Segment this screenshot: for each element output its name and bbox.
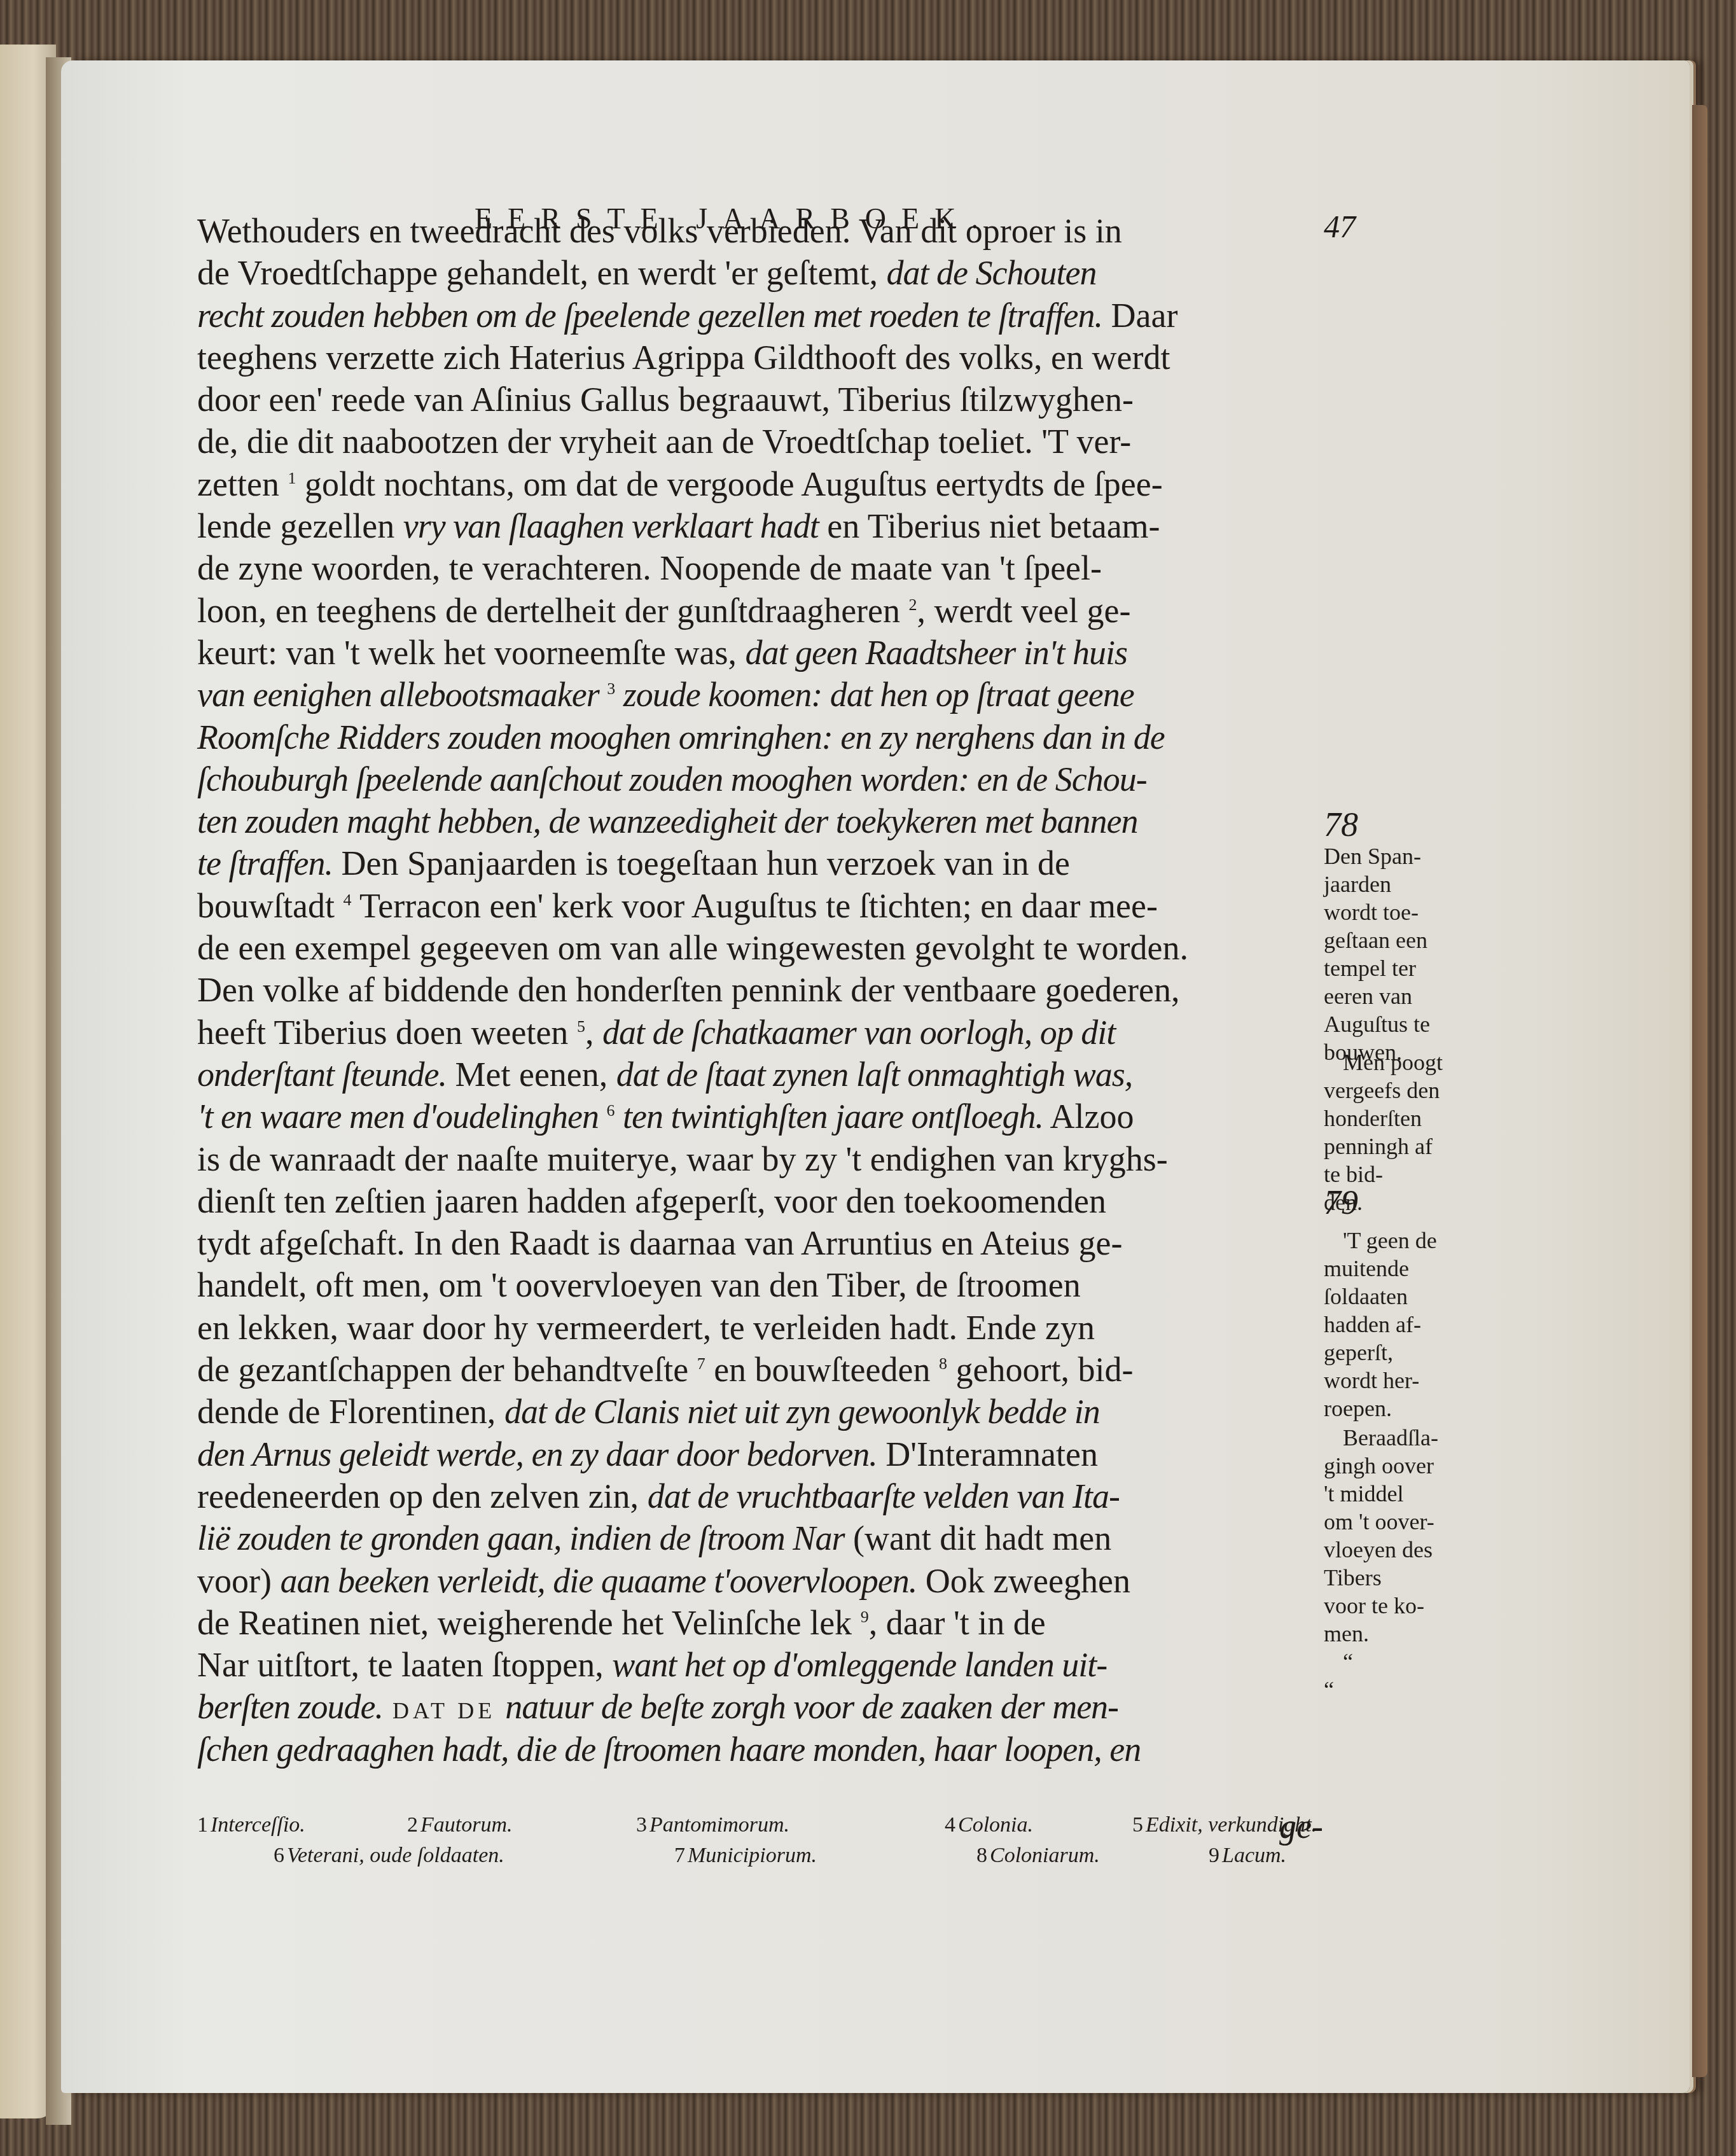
text-line: onderſtant ſteunde. Met eenen, dat de ſt… bbox=[197, 1054, 1323, 1095]
text-run: berſten zoude. bbox=[197, 1688, 383, 1726]
text-line: heeft Tiberius doen weeten 5, dat de ſch… bbox=[197, 1012, 1323, 1054]
footnote-number: 7 bbox=[674, 1844, 685, 1867]
text-run: en bouwſteeden bbox=[705, 1351, 939, 1389]
text-line: teeghens verzette zich Haterius Agrippa … bbox=[197, 337, 1323, 379]
text-run: lië zouden te gronden gaan, indien de ſt… bbox=[197, 1519, 844, 1557]
text-run: (want dit hadt men bbox=[844, 1519, 1111, 1557]
text-run: en lekken, waar door hy vermeerdert, te … bbox=[197, 1309, 1095, 1347]
text-run: dat geen Raadtsheer in't huis bbox=[745, 634, 1127, 672]
footnote: 7Municipiorum. bbox=[674, 1844, 817, 1868]
footnote-marker: 4 bbox=[343, 891, 351, 909]
text-line: de zyne woorden, te verachteren. Noopend… bbox=[197, 547, 1323, 589]
margin-note-line: honderſten bbox=[1324, 1104, 1476, 1132]
text-run: D'Interamnaten bbox=[877, 1435, 1098, 1473]
footnote-text: Edixit, verkundight. bbox=[1146, 1813, 1317, 1837]
text-run: recht zouden hebben om de ſpeelende geze… bbox=[197, 296, 1102, 335]
margin-note-line: Den Span- bbox=[1324, 842, 1476, 870]
footnote-text: Fautorum. bbox=[420, 1813, 513, 1837]
footnote-number: 5 bbox=[1132, 1813, 1143, 1837]
margin-note-line: geperſt, bbox=[1324, 1339, 1476, 1367]
text-run: onderſtant ſteunde. bbox=[197, 1055, 447, 1094]
text-run: van eenighen allebootsmaaker bbox=[197, 676, 607, 714]
text-line: lië zouden te gronden gaan, indien de ſt… bbox=[197, 1517, 1323, 1559]
text-run: Den Spanjaarden is toegeſtaan hun verzoe… bbox=[333, 844, 1070, 882]
margin-note-line: gingh oover bbox=[1324, 1452, 1476, 1480]
footnote: 3Pantomimorum. bbox=[636, 1813, 789, 1837]
text-line: de Reatinen niet, weigherende het Velinſ… bbox=[197, 1602, 1323, 1644]
footnote: 2Fautorum. bbox=[407, 1813, 513, 1837]
text-line: 't en waare men d'oudelinghen 6 ten twin… bbox=[197, 1095, 1323, 1137]
margin-note-line: voor te ko- bbox=[1324, 1592, 1476, 1620]
text-run: , bbox=[585, 1013, 602, 1052]
text-run: de, die dit naabootzen der vryheit aan d… bbox=[197, 422, 1131, 461]
footnote-row: 6Veterani, oude ſoldaaten.7Municipiorum.… bbox=[197, 1844, 1406, 1874]
text-run: dat de Schouten bbox=[887, 254, 1097, 292]
margin-note-line: muitende bbox=[1324, 1255, 1476, 1283]
footnote-marker: 5 bbox=[577, 1017, 585, 1036]
margin-note-line: ſoldaaten bbox=[1324, 1283, 1476, 1311]
text-line: bouwſtadt 4 Terracon een' kerk voor Augu… bbox=[197, 885, 1323, 927]
text-run: Alzoo bbox=[1043, 1097, 1134, 1136]
text-line: Roomſche Ridders zouden mooghen omringhe… bbox=[197, 716, 1323, 758]
footnote-text: Pantomimorum. bbox=[649, 1813, 789, 1837]
text-line: de een exempel gegeeven om van alle wing… bbox=[197, 927, 1323, 969]
text-run: dende de Florentinen, bbox=[197, 1393, 504, 1431]
text-run: lende gezellen bbox=[197, 507, 403, 545]
text-line: Wethouders en tweedracht des volks verbi… bbox=[197, 210, 1323, 252]
text-line: ten zouden maght hebben, de wanzeedighei… bbox=[197, 800, 1323, 842]
footnote-text: Interceſſio. bbox=[211, 1813, 305, 1837]
text-run: Terracon een' kerk voor Auguſtus te ſtic… bbox=[351, 887, 1157, 925]
footnote-number: 2 bbox=[407, 1813, 418, 1837]
margin-note-line: wordt toe- bbox=[1324, 898, 1476, 926]
text-run: 't en waare men d'oudelinghen bbox=[197, 1097, 606, 1136]
text-run: loon, en teeghens de dertelheit der gunſ… bbox=[197, 592, 909, 630]
text-run: dat de ſchatkaamer van oorlogh, op dit bbox=[602, 1013, 1115, 1052]
text-line: ſchen gedraaghen hadt, die de ſtroomen h… bbox=[197, 1728, 1323, 1770]
text-run: tydt afgeſchaft. In den Raadt is daarnaa… bbox=[197, 1224, 1123, 1262]
text-run: den Arnus geleidt werde, en zy daar door… bbox=[197, 1435, 877, 1473]
text-line: van eenighen allebootsmaaker 3 zoude koo… bbox=[197, 674, 1323, 716]
text-line: te ſtraffen. Den Spanjaarden is toegeſta… bbox=[197, 842, 1323, 884]
text-run: de een exempel gegeeven om van alle wing… bbox=[197, 929, 1188, 967]
text-line: loon, en teeghens de dertelheit der gunſ… bbox=[197, 590, 1323, 632]
margin-note-line: 't middel bbox=[1324, 1480, 1476, 1508]
text-run: Ook zweeghen bbox=[917, 1562, 1130, 1600]
footnote: 8Coloniarum. bbox=[976, 1844, 1100, 1868]
footnote-number: 8 bbox=[976, 1844, 987, 1867]
text-run: , daar 't in de bbox=[869, 1604, 1046, 1642]
text-run: ten twintighſten jaare ontſloegh. bbox=[615, 1097, 1043, 1136]
margin-note: ““ bbox=[1324, 1648, 1476, 1704]
margin-note-line: Beraadſla- bbox=[1324, 1424, 1476, 1452]
text-line: Den volke af biddende den honderſten pen… bbox=[197, 969, 1323, 1011]
text-run: ten zouden maght hebben, de wanzeedighei… bbox=[197, 802, 1138, 840]
text-run: dat de ſtaat zynen laſt onmaghtigh was, bbox=[616, 1055, 1132, 1094]
text-run: goldt nochtans, om dat de vergoode Auguſ… bbox=[296, 465, 1162, 503]
footnote-marker: 8 bbox=[939, 1354, 947, 1373]
text-run: handelt, oft men, om 't oovervloeyen van… bbox=[197, 1266, 1081, 1304]
footnote: 6Veterani, oude ſoldaaten. bbox=[274, 1844, 504, 1868]
text-run: de zyne woorden, te verachteren. Noopend… bbox=[197, 549, 1102, 587]
text-line: reedeneerden op den zelven zin, dat de v… bbox=[197, 1475, 1323, 1517]
footnote: 1Interceſſio. bbox=[197, 1813, 305, 1837]
footnote-text: Municipiorum. bbox=[688, 1844, 817, 1867]
footnote: 4Colonia. bbox=[945, 1813, 1033, 1837]
text-run: Nar uitſtort, te laaten ſtoppen, bbox=[197, 1646, 612, 1684]
footnote-number: 3 bbox=[636, 1813, 647, 1837]
margin-note: 'T geen demuitendeſoldaatenhadden af-gep… bbox=[1324, 1227, 1476, 1422]
text-line: lende gezellen vry van ſlaaghen verklaar… bbox=[197, 505, 1323, 547]
margin-note-line: vergeefs den bbox=[1324, 1076, 1476, 1104]
text-line: de gezantſchappen der behandtveſte 7 en … bbox=[197, 1349, 1323, 1391]
footnote-row: 1Interceſſio.2Fautorum.3Pantomimorum.4Co… bbox=[197, 1813, 1406, 1844]
text-run: aan beeken verleidt, die quaame t'ooverv… bbox=[280, 1562, 917, 1600]
text-run: DAT DE bbox=[383, 1698, 505, 1723]
footnote: 9Lacum. bbox=[1209, 1844, 1286, 1868]
footnote-marker: 7 bbox=[697, 1354, 705, 1373]
text-run: bouwſtadt bbox=[197, 887, 343, 925]
text-run: , werdt veel ge- bbox=[917, 592, 1131, 630]
margin-note: Beraadſla-gingh oover't middelom 't oove… bbox=[1324, 1424, 1476, 1648]
text-run: Wethouders en tweedracht des volks verbi… bbox=[197, 212, 1122, 250]
footnote-number: 9 bbox=[1209, 1844, 1219, 1867]
footnote-marker: 2 bbox=[909, 595, 917, 614]
text-run: de gezantſchappen der behandtveſte bbox=[197, 1351, 697, 1389]
text-run: en Tiberius niet betaam- bbox=[819, 507, 1160, 545]
text-line: ſchouburgh ſpeelende aanſchout zouden mo… bbox=[197, 758, 1323, 800]
text-run: reedeneerden op den zelven zin, bbox=[197, 1477, 648, 1515]
text-line: de, die dit naabootzen der vryheit aan d… bbox=[197, 421, 1323, 462]
footnote-number: 4 bbox=[945, 1813, 955, 1837]
margin-note-line: geſtaan een bbox=[1324, 926, 1476, 954]
margin-note-line: men. bbox=[1324, 1620, 1476, 1648]
text-line: den Arnus geleidt werde, en zy daar door… bbox=[197, 1433, 1323, 1475]
text-run: gehoort, bid- bbox=[947, 1351, 1133, 1389]
text-line: dienſt ten zeſtien jaaren hadden afgeper… bbox=[197, 1180, 1323, 1222]
margin-note-line: wordt her- bbox=[1324, 1367, 1476, 1394]
footnote-text: Veterani, oude ſoldaaten. bbox=[287, 1844, 504, 1867]
footnote: 5Edixit, verkundight. bbox=[1132, 1813, 1317, 1837]
text-run: ſchen gedraaghen hadt, die de ſtroomen h… bbox=[197, 1730, 1141, 1769]
text-line: dende de Florentinen, dat de Clanis niet… bbox=[197, 1391, 1323, 1433]
text-run: ſchouburgh ſpeelende aanſchout zouden mo… bbox=[197, 760, 1147, 798]
text-run: dienſt ten zeſtien jaaren hadden afgeper… bbox=[197, 1182, 1106, 1220]
body-text: Wethouders en tweedracht des volks verbi… bbox=[197, 210, 1323, 1770]
text-run: teeghens verzette zich Haterius Agrippa … bbox=[197, 338, 1170, 377]
margin-note-line: “ bbox=[1324, 1676, 1476, 1704]
text-line: door een' reede van Aſinius Gallus begra… bbox=[197, 379, 1323, 421]
text-run: Roomſche Ridders zouden mooghen omringhe… bbox=[197, 718, 1165, 756]
text-line: handelt, oft men, om 't oovervloeyen van… bbox=[197, 1264, 1323, 1306]
text-run: door een' reede van Aſinius Gallus begra… bbox=[197, 380, 1134, 419]
text-line: recht zouden hebben om de ſpeelende geze… bbox=[197, 295, 1323, 337]
text-run: want het op d'omleggende landen uit- bbox=[612, 1646, 1107, 1684]
margin-note-line: hadden af- bbox=[1324, 1311, 1476, 1339]
footnote-text: Lacum. bbox=[1222, 1844, 1286, 1867]
margin-note: 79 bbox=[1324, 1185, 1476, 1220]
margin-note-line: “ bbox=[1324, 1648, 1476, 1676]
chapter-number: 78 bbox=[1324, 807, 1476, 842]
text-line: zetten 1 goldt nochtans, om dat de vergo… bbox=[197, 463, 1323, 505]
text-line: is de wanraadt der naaſte muiterye, waar… bbox=[197, 1138, 1323, 1180]
text-line: berſten zoude. DAT DE natuur de beſte zo… bbox=[197, 1686, 1323, 1728]
margin-note-line: vloeyen des bbox=[1324, 1536, 1476, 1564]
margin-note-line: om 't oover- bbox=[1324, 1508, 1476, 1536]
text-run: te ſtraffen. bbox=[197, 844, 333, 882]
footnote-text: Coloniarum. bbox=[990, 1844, 1100, 1867]
margin-note-line: 'T geen de bbox=[1324, 1227, 1476, 1255]
text-run: zoude koomen: dat hen op ſtraat geene bbox=[615, 676, 1134, 714]
text-run: keurt: van 't welk het voorneemſte was, bbox=[197, 634, 745, 672]
text-line: tydt afgeſchaft. In den Raadt is daarnaa… bbox=[197, 1222, 1323, 1264]
footnote-text: Colonia. bbox=[958, 1813, 1033, 1837]
page-stack-edge bbox=[1692, 105, 1707, 2077]
text-run: de Vroedtſchappe gehandelt, en werdt 'er… bbox=[197, 254, 887, 292]
text-run: heeft Tiberius doen weeten bbox=[197, 1013, 577, 1052]
margin-note-line: tempel ter bbox=[1324, 954, 1476, 982]
text-run: natuur de beſte zorgh voor de zaaken der… bbox=[505, 1688, 1118, 1726]
text-run: Daar bbox=[1102, 296, 1177, 335]
margin-note-line: eeren van bbox=[1324, 982, 1476, 1010]
margin-note-line: penningh af bbox=[1324, 1132, 1476, 1160]
text-run: de Reatinen niet, weigherende het Velinſ… bbox=[197, 1604, 861, 1642]
footnote-marker: 6 bbox=[606, 1101, 615, 1120]
margin-note-line: jaarden bbox=[1324, 870, 1476, 898]
text-line: en lekken, waar door hy vermeerdert, te … bbox=[197, 1307, 1323, 1349]
footnote-number: 6 bbox=[274, 1844, 284, 1867]
chapter-number: 79 bbox=[1324, 1185, 1476, 1220]
text-run: voor) bbox=[197, 1562, 280, 1600]
footnote-marker: 3 bbox=[607, 679, 615, 698]
text-run: Met eenen, bbox=[447, 1055, 616, 1094]
text-line: keurt: van 't welk het voorneemſte was, … bbox=[197, 632, 1323, 674]
book-page: EERSTE JAARBOEK. 47 Wethouders en tweedr… bbox=[61, 60, 1690, 2093]
text-line: voor) aan beeken verleidt, die quaame t'… bbox=[197, 1560, 1323, 1602]
text-run: Den volke af biddende den honderſten pen… bbox=[197, 971, 1179, 1009]
footnotes: 1Interceſſio.2Fautorum.3Pantomimorum.4Co… bbox=[197, 1813, 1406, 1874]
footnote-number: 1 bbox=[197, 1813, 208, 1837]
text-line: de Vroedtſchappe gehandelt, en werdt 'er… bbox=[197, 252, 1323, 294]
margin-note-line: roepen. bbox=[1324, 1394, 1476, 1422]
footnote-marker: 9 bbox=[861, 1608, 869, 1626]
margin-note: 78Den Span-jaardenwordt toe-geſtaan eent… bbox=[1324, 807, 1476, 1066]
text-line: Nar uitſtort, te laaten ſtoppen, want he… bbox=[197, 1644, 1323, 1686]
text-run: dat de vruchtbaarſte velden van Ita- bbox=[648, 1477, 1120, 1515]
margin-note-line: Auguſtus te bbox=[1324, 1010, 1476, 1038]
page-number: 47 bbox=[1324, 208, 1356, 245]
margin-note-line: Men poogt bbox=[1324, 1048, 1476, 1076]
text-run: is de wanraadt der naaſte muiterye, waar… bbox=[197, 1140, 1168, 1178]
text-run: dat de Clanis niet uit zyn gewoonlyk bed… bbox=[504, 1393, 1100, 1431]
footnote-marker: 1 bbox=[288, 469, 296, 487]
text-run: vry van ſlaaghen verklaart hadt bbox=[403, 507, 819, 545]
margin-note-line: Tibers bbox=[1324, 1564, 1476, 1592]
text-run: zetten bbox=[197, 465, 288, 503]
